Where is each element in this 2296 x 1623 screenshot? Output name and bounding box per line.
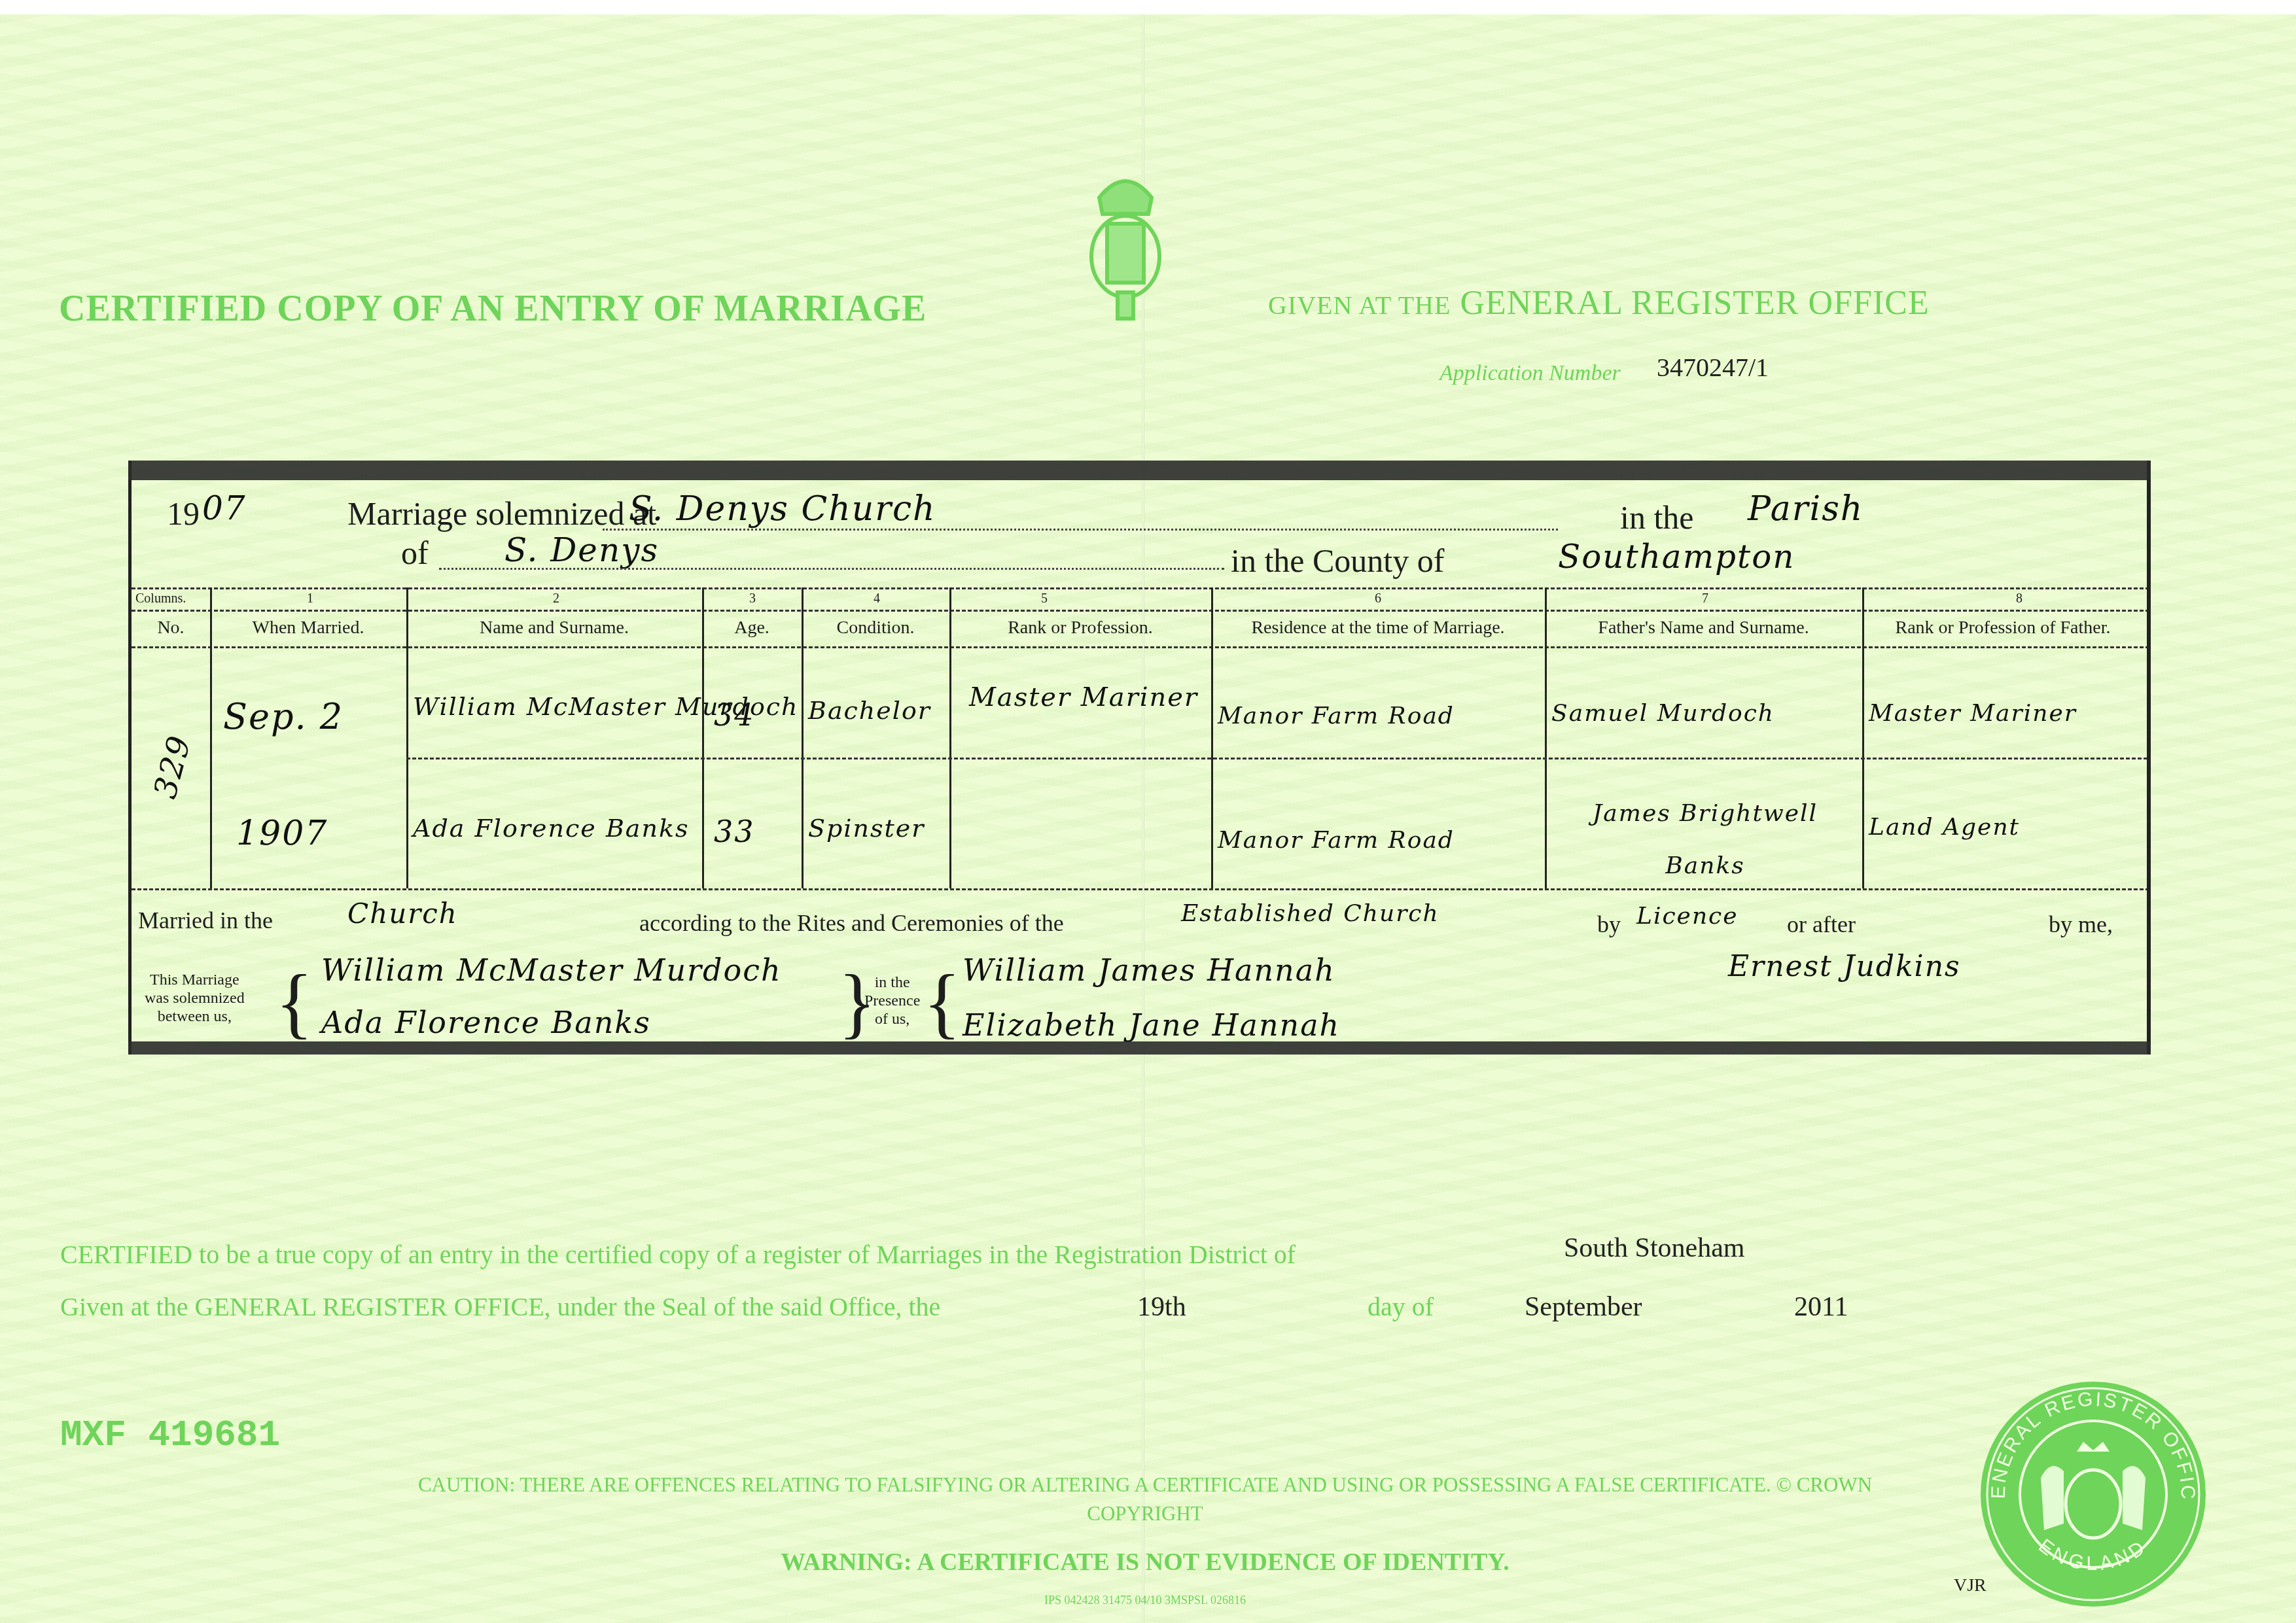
column-number: 1 <box>307 591 313 606</box>
serial-number: MXF 419681 <box>60 1414 280 1456</box>
print-code: IPS 042428 31475 04/10 3MSPSL 026816 <box>393 1594 1898 1607</box>
bride-signature: Ada Florence Banks <box>321 1005 651 1040</box>
witness-1-signature: William James Hannah <box>963 952 1335 988</box>
dotted-line <box>603 529 1558 531</box>
cert-year: 2011 <box>1794 1291 1848 1323</box>
warning-text: WARNING: A CERTIFICATE IS NOT EVIDENCE O… <box>393 1548 1898 1577</box>
column-header: Age. <box>702 618 802 638</box>
of-value: S. Denys <box>504 531 659 569</box>
county-value: Southampton <box>1558 538 1795 576</box>
column-header: Name and Surname. <box>406 618 702 638</box>
application-label: Application Number <box>1439 361 1621 386</box>
by-me-label: by me, <box>2049 911 2113 938</box>
in-the-label: in the <box>1620 498 1693 536</box>
groom-residence: Manor Farm Road <box>1218 703 1455 729</box>
bride-father: James Brightwell Banks <box>1551 788 1859 892</box>
bottom-border <box>128 1041 2151 1055</box>
column-header: Condition. <box>802 618 949 638</box>
by-label: by <box>1597 911 1621 938</box>
label-line: between us, <box>145 1007 245 1026</box>
column-number: 5 <box>1041 591 1048 606</box>
column-number: 8 <box>2016 591 2022 606</box>
entry-number: 329 <box>147 731 198 803</box>
rule <box>132 646 2147 648</box>
groom-father: Samuel Murdoch <box>1551 700 1775 727</box>
bride-condition: Spinster <box>808 814 925 843</box>
groom-father-rank: Master Mariner <box>1869 700 2077 727</box>
label-line: Presence <box>864 992 920 1010</box>
year-handwritten: 07 <box>202 489 247 527</box>
column-number: 7 <box>1702 591 1708 606</box>
witness-2-signature: Elizabeth Jane Hannah <box>963 1007 1340 1043</box>
certification-line-2: Given at the GENERAL REGISTER OFFICE, un… <box>60 1291 940 1322</box>
row-rule <box>406 758 2147 759</box>
groom-rank: Master Mariner <box>963 676 1205 718</box>
given-at-prefix: Given at the <box>1268 290 1451 320</box>
column-header: No. <box>132 618 210 638</box>
royal-crest-icon <box>1086 152 1165 322</box>
married-in-label: Married in the <box>138 907 273 934</box>
brace-open: { <box>275 958 313 1048</box>
rule <box>132 587 2147 589</box>
of-label: of <box>401 534 429 572</box>
label-line: in the <box>864 973 920 992</box>
caution-text: CAUTION: THERE ARE OFFENCES RELATING TO … <box>393 1471 1898 1528</box>
bride-age: 33 <box>714 814 755 849</box>
groom-age: 34 <box>714 697 755 733</box>
day-of-label: day of <box>1368 1291 1434 1322</box>
by-value: Licence <box>1636 903 1739 930</box>
brace-open: { <box>923 958 961 1048</box>
registration-district: South Stoneham <box>1564 1232 1745 1264</box>
year-printed: 19 <box>167 495 200 532</box>
married-in-value: Church <box>347 898 458 930</box>
or-after-label: or after <box>1787 911 1856 938</box>
rites-value: Established Church <box>1181 900 1439 927</box>
given-at-office: Given at the GENERAL REGISTER OFFICE <box>1268 284 1930 323</box>
cert-day: 19th <box>1137 1291 1186 1323</box>
rule <box>132 610 2147 612</box>
solemnized-at-value: S. Denys Church <box>629 489 936 529</box>
columns-label: Columns. <box>135 591 186 606</box>
column-number: 2 <box>553 591 559 606</box>
column-header: Rank or Profession. <box>949 618 1211 638</box>
presence-label: in the Presence of us, <box>864 973 920 1028</box>
bride-residence: Manor Farm Road <box>1218 827 1455 854</box>
when-married-date: Sep. 2 <box>223 696 344 737</box>
register-entry: 19 07 Marriage solemnized at S. Denys Ch… <box>128 461 2151 1055</box>
groom-condition: Bachelor <box>808 696 931 725</box>
cert-month: September <box>1525 1291 1642 1323</box>
column-header: Residence at the time of Marriage. <box>1211 618 1545 638</box>
bride-name: Ada Florence Banks <box>413 814 689 843</box>
top-border <box>128 461 2151 480</box>
dotted-line <box>439 568 1224 570</box>
office-name: GENERAL REGISTER OFFICE <box>1460 285 1929 322</box>
certificate-page: CERTIFIED COPY OF AN ENTRY OF MARRIAGE G… <box>0 14 2296 1623</box>
label-line: This Marriage <box>145 971 245 989</box>
column-number: 6 <box>1375 591 1381 606</box>
certificate-title: CERTIFIED COPY OF AN ENTRY OF MARRIAGE <box>59 288 927 330</box>
column-header: Father's Name and Surname. <box>1545 618 1862 638</box>
column-number: 3 <box>749 591 756 606</box>
application-number: 3470247/1 <box>1657 352 1769 383</box>
in-the-value: Parish <box>1748 489 1863 529</box>
column-number: 4 <box>874 591 880 606</box>
general-register-office-seal-icon: GENERAL REGISTER OFFICE ENGLAND <box>1979 1380 2208 1609</box>
bride-father-rank: Land Agent <box>1869 814 2020 841</box>
solemnized-label: Marriage solemnized at <box>347 495 656 532</box>
officiant-signature: Ernest Judkins <box>1728 950 1961 983</box>
column-header: When Married. <box>210 618 406 638</box>
label-line: was solemnized <box>145 989 245 1007</box>
between-label: This Marriage was solemnized between us, <box>145 971 245 1026</box>
label-line: of us, <box>864 1010 920 1028</box>
certification-line-1: CERTIFIED to be a true copy of an entry … <box>60 1239 1296 1270</box>
county-label: in the County of <box>1231 542 1444 580</box>
when-married-year: 1907 <box>236 814 328 853</box>
rites-label: according to the Rites and Ceremonies of… <box>639 909 1064 937</box>
groom-signature: William McMaster Murdoch <box>321 952 782 988</box>
column-header: Rank or Profession of Father. <box>1862 618 2144 638</box>
